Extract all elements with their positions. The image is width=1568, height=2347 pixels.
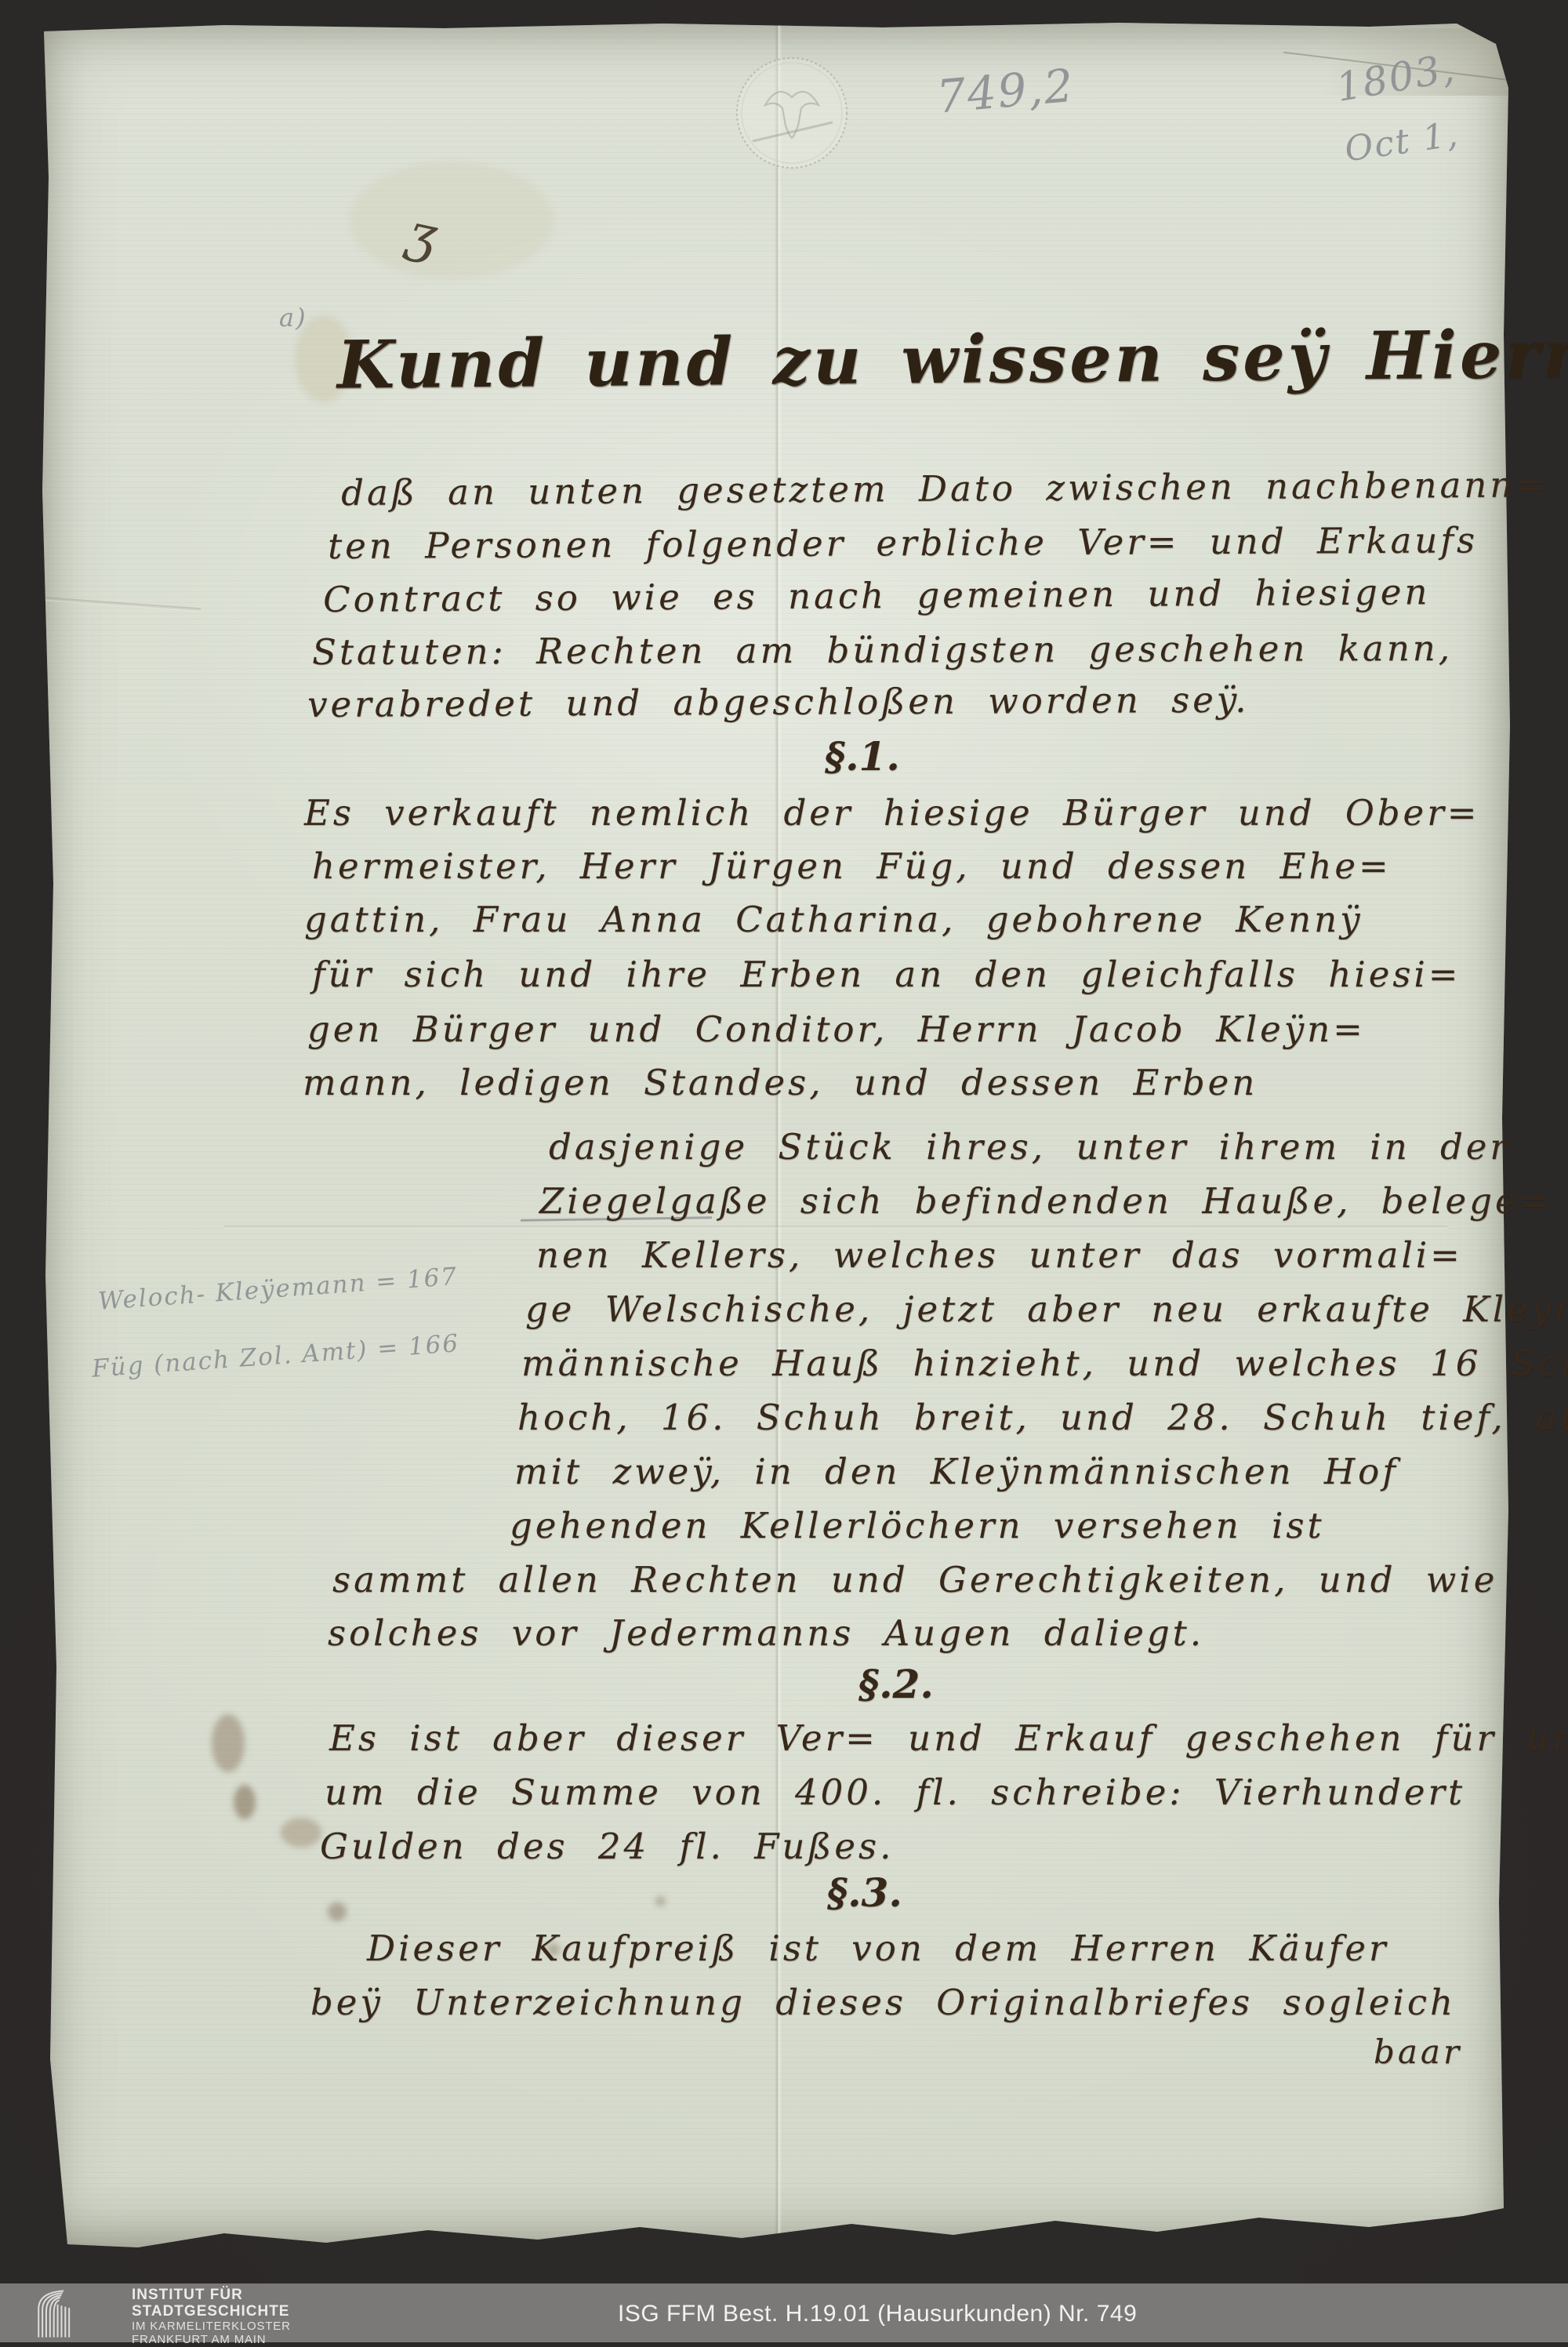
archive-signature-caption: ISG FFM Best. H.19.01 (Hausurkunden) Nr.…	[618, 2301, 1137, 2327]
show-through-blotch	[350, 162, 554, 279]
institute-line: STADTGESCHICHTE	[132, 2304, 291, 2319]
manuscript-line: hermeister, Herr Jürgen Füg, und dessen …	[312, 845, 1392, 887]
manuscript-line: Ziegelgaße sich befindenden Hauße, beleg…	[539, 1180, 1552, 1222]
manuscript-heading: Kund und zu wissen seÿ Hiermit,	[337, 314, 1568, 403]
manuscript-line: Gulden des 24 fl. Fußes.	[320, 1826, 894, 1867]
manuscript-line: nen Kellers, welches unter das vormali=	[536, 1234, 1463, 1276]
section-2-mark: §.2.	[858, 1661, 934, 1707]
manuscript-line: gen Bürger und Conditor, Herrn Jacob Kle…	[307, 1008, 1366, 1050]
manuscript-line: mann, ledigen Standes, und dessen Erben	[303, 1062, 1258, 1103]
manuscript-line: ge Welschische, jetzt aber neu erkaufte …	[525, 1288, 1568, 1330]
manuscript-line: Es ist aber dieser Ver= und Erkauf gesch…	[329, 1717, 1568, 1759]
manuscript-line: gattin, Frau Anna Catharina, gebohrene K…	[304, 899, 1363, 940]
manuscript-line: sammt allen Rechten und Gerechtigkeiten,…	[332, 1559, 1497, 1600]
manuscript-line: beÿ Unterzeichnung dieses Originalbriefe…	[310, 1982, 1456, 2023]
manuscript-line: Statuten: Rechten am bündigsten geschehe…	[312, 627, 1453, 673]
pencil-mark-a: a)	[279, 303, 307, 332]
embossed-eagle-seal	[732, 53, 851, 173]
archive-caption-bar: INSTITUT FÜR STADTGESCHICHTE IM KARMELIT…	[0, 2283, 1568, 2342]
manuscript-line: mit zweÿ, in den Kleÿnmännischen Hof	[514, 1451, 1399, 1492]
manuscript-line: für sich und ihre Erben an den gleichfal…	[312, 954, 1461, 995]
section-1-mark: §.1.	[825, 733, 900, 779]
stain	[281, 1818, 321, 1847]
manuscript-line: männische Hauß hinzieht, und welches 16 …	[521, 1342, 1568, 1384]
stain	[234, 1785, 256, 1819]
institute-line: INSTITUT FÜR	[132, 2287, 291, 2302]
manuscript-line: solches vor Jedermanns Augen daliegt.	[328, 1612, 1204, 1654]
institute-line: IM KARMELITERKLOSTER	[132, 2320, 291, 2332]
manuscript-line: Es verkauft nemlich der hiesige Bürger u…	[304, 792, 1479, 834]
scan-page: 749,2 1803, Oct 1, a) Weloch- Kleÿemann …	[0, 0, 1568, 2342]
manuscript-line: dasjenige Stück ihres, unter ihrem in de…	[549, 1126, 1510, 1168]
institute-line: FRANKFURT AM MAIN	[132, 2334, 291, 2342]
manuscript-line: um die Summe von 400. fl. schreibe: Vier…	[325, 1771, 1465, 1813]
stain	[328, 1902, 347, 1921]
manuscript-line: Dieser Kaufpreiß ist von dem Herren Käuf…	[367, 1927, 1389, 1969]
manuscript-line: hoch, 16. Schuh breit, und 28. Schuh tie…	[517, 1397, 1568, 1438]
stain	[655, 1896, 666, 1906]
section-3-mark: §.3.	[827, 1869, 902, 1916]
manuscript-line: Contract so wie es nach gemeinen und hie…	[323, 571, 1431, 620]
manuscript-line: ten Personen folgender erbliche Ver= und…	[328, 519, 1478, 567]
manuscript-line: verabredet und abgeschloßen worden seÿ.	[307, 679, 1250, 725]
catchword: baar	[1374, 2033, 1462, 2071]
institute-name-block: INSTITUT FÜR STADTGESCHICHTE IM KARMELIT…	[132, 2287, 291, 2342]
isg-arch-logo-icon	[20, 2288, 111, 2338]
horizontal-fold-crease	[224, 1225, 1447, 1230]
manuscript-line: daß an unten gesetztem Dato zwischen nac…	[341, 463, 1548, 514]
stain	[212, 1714, 245, 1772]
manuscript-line: gehenden Kellerlöchern versehen ist	[510, 1505, 1325, 1546]
